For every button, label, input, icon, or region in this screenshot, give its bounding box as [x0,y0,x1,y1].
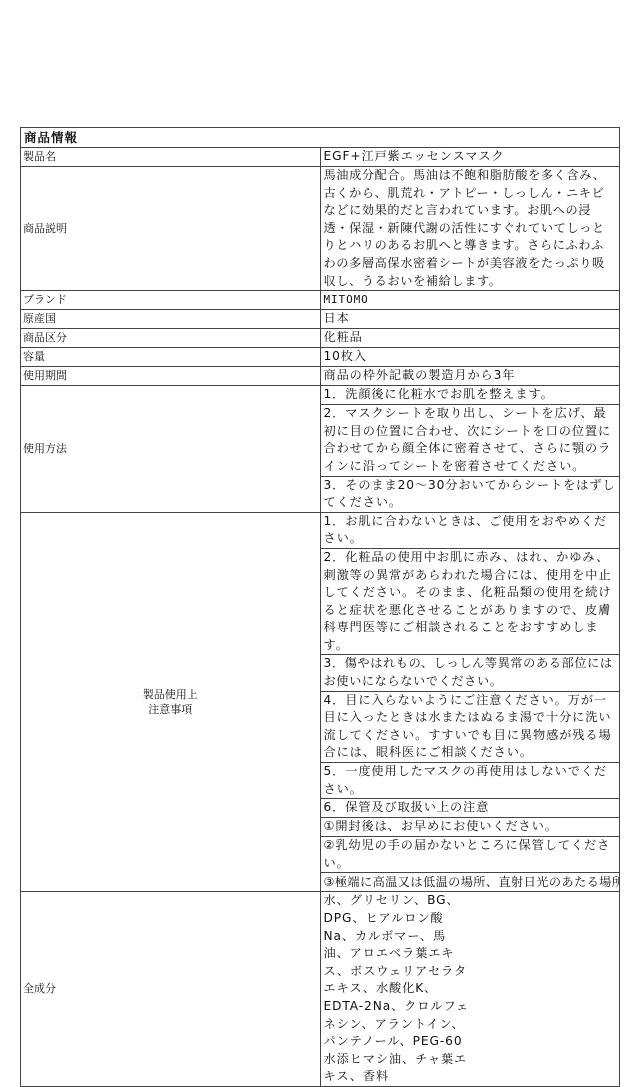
label-product-name: 製品名 [21,148,321,167]
value-brand: MITOMO [320,291,620,310]
value-expiry: 商品の枠外記載の製造月から3年 [320,367,620,386]
value-origin: 日本 [320,310,620,329]
row-capacity: 容量 10枚入 [21,348,620,367]
row-origin: 原産国 日本 [21,310,620,329]
caution-item: 2．化粧品の使用中お肌に赤み、はれ、かゆみ、刺激等の異常があらわれた場合には、使… [320,548,620,655]
caution-item: ③極端に高温又は低温の場所、直射日光のあたる場所には保管しないでください [320,873,620,892]
caution-item: 3．傷やはれもの、しっしん等異常のある部位にはお使いにならないでください。 [320,655,620,691]
label-cautions-line2: 注意事項 [148,703,192,716]
caution-item: ②乳幼児の手の届かないところに保管してください。 [320,837,620,873]
row-description: 商品説明 馬油成分配合。馬油は不飽和脂肪酸を多く含み、古くから、肌荒れ・アトピー… [21,167,620,291]
caution-item: 1．お肌に合わないときは、ご使用をおやめください。 [320,512,620,548]
row-caution-1: 製品使用上注意事項 1．お肌に合わないときは、ご使用をおやめください。 [21,512,620,548]
label-ingredients: 全成分 [21,892,321,1087]
usage-step: 2．マスクシートを取り出し、シートを広げ、最初に目の位置に合わせ、次にシートを口… [320,405,620,476]
row-usage-step-1: 使用方法 1．洗顔後に化粧水でお肌を整えます。 [21,386,620,405]
label-origin: 原産国 [21,310,321,329]
value-product-name: EGF+江戸紫エッセンスマスク [320,148,620,167]
label-cautions: 製品使用上注意事項 [21,512,321,892]
caution-item: 5．一度使用したマスクの再使用はしないでください。 [320,763,620,799]
row-product-name: 製品名 EGF+江戸紫エッセンスマスク [21,148,620,167]
row-brand: ブランド MITOMO [21,291,620,310]
caution-item: 4．目に入らないようにご注意ください。万が一目に入ったときは水またはぬるま湯で十… [320,691,620,762]
row-ingredients: 全成分 水、グリセリン、BG、DPG、ヒアルロン酸Na、カルボマー、馬油、アロエ… [21,892,620,1087]
label-capacity: 容量 [21,348,321,367]
row-category: 商品区分 化粧品 [21,329,620,348]
value-description: 馬油成分配合。馬油は不飽和脂肪酸を多く含み、古くから、肌荒れ・アトピー・しっしん… [320,167,620,291]
section-title: 商品情報 [21,128,620,148]
value-ingredients: 水、グリセリン、BG、DPG、ヒアルロン酸Na、カルボマー、馬油、アロエベラ葉エ… [320,892,620,1087]
product-info-table: 商品情報 製品名 EGF+江戸紫エッセンスマスク 商品説明 馬油成分配合。馬油は… [20,127,620,1087]
caution-item: ①開封後は、お早めにお使いください。 [320,818,620,837]
row-expiry: 使用期間 商品の枠外記載の製造月から3年 [21,367,620,386]
label-category: 商品区分 [21,329,321,348]
label-description: 商品説明 [21,167,321,291]
caution-item: 6．保管及び取扱い上の注意 [320,799,620,818]
label-cautions-line1: 製品使用上 [143,688,198,701]
label-usage: 使用方法 [21,386,321,513]
label-expiry: 使用期間 [21,367,321,386]
value-category: 化粧品 [320,329,620,348]
value-capacity: 10枚入 [320,348,620,367]
usage-step: 1．洗顔後に化粧水でお肌を整えます。 [320,386,620,405]
usage-step: 3．そのまま20～30分おいてからシートをはずしてください。 [320,476,620,512]
label-brand: ブランド [21,291,321,310]
